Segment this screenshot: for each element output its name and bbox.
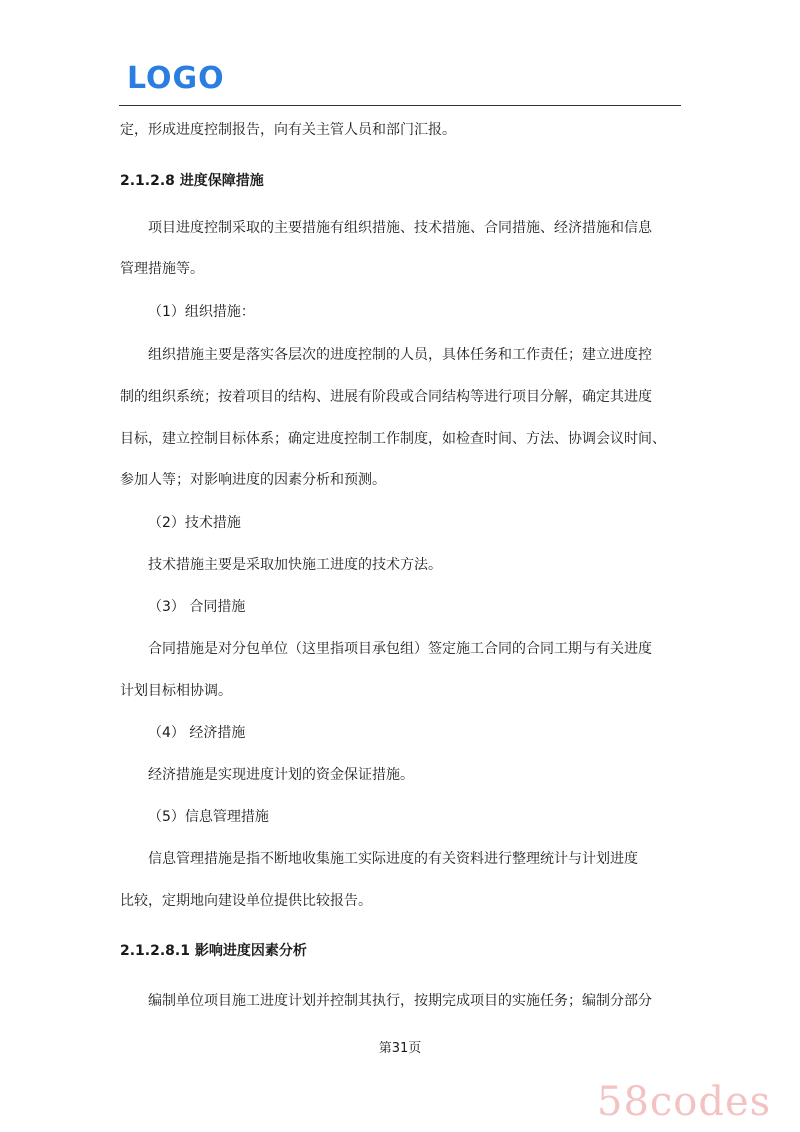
text-line: 制的组织系统；按着项目的结构、进展有阶段或合同结构等进行项目分解，确定其进度 xyxy=(120,388,652,406)
text-line: （3） 合同措施 xyxy=(148,598,245,616)
text-line: （5）信息管理措施 xyxy=(148,808,269,826)
text-line: 定，形成进度控制报告，向有关主管人员和部门汇报。 xyxy=(120,121,456,139)
text-line: （1）组织措施： xyxy=(148,303,255,321)
text-line: 参加人等；对影响进度的因素分析和预测。 xyxy=(120,471,386,489)
text-line: 信息管理措施是指不断地收集施工实际进度的有关资料进行整理统计与计划进度 xyxy=(148,850,638,868)
text-line: （2）技术措施 xyxy=(148,514,241,532)
text-line: 编制单位项目施工进度计划并控制其执行，按期完成项目的实施任务；编制分部分 xyxy=(148,992,652,1010)
logo: LOGO xyxy=(127,63,225,95)
text-line: 经济措施是实现进度计划的资金保证措施。 xyxy=(148,766,414,784)
text-line: 合同措施是对分包单位（这里指项目承包组）签定施工合同的合同工期与有关进度 xyxy=(148,640,652,658)
text-line: 计划目标相协调。 xyxy=(120,682,232,700)
text-line: 技术措施主要是采取加快施工进度的技术方法。 xyxy=(148,556,442,574)
text-line: （4） 经济措施 xyxy=(148,724,245,742)
text-line: 比较，定期地向建设单位提供比较报告。 xyxy=(120,892,372,910)
text-line: 项目进度控制采取的主要措施有组织措施、技术措施、合同措施、经济措施和信息 xyxy=(148,219,652,237)
section-heading: 2.1.2.8 进度保障措施 xyxy=(120,172,264,190)
text-line: 管理措施等。 xyxy=(120,260,204,278)
text-line: 目标，建立控制目标体系；确定进度控制工作制度，如检查时间、方法、协调会议时间、 xyxy=(120,430,666,448)
text-line: 组织措施主要是落实各层次的进度控制的人员，具体任务和工作责任；建立进度控 xyxy=(148,346,652,364)
watermark: 58codes xyxy=(597,1079,771,1125)
page-number: 第31页 xyxy=(0,1037,800,1056)
section-heading: 2.1.2.8.1 影响进度因素分析 xyxy=(120,942,307,960)
header-divider xyxy=(119,105,681,106)
